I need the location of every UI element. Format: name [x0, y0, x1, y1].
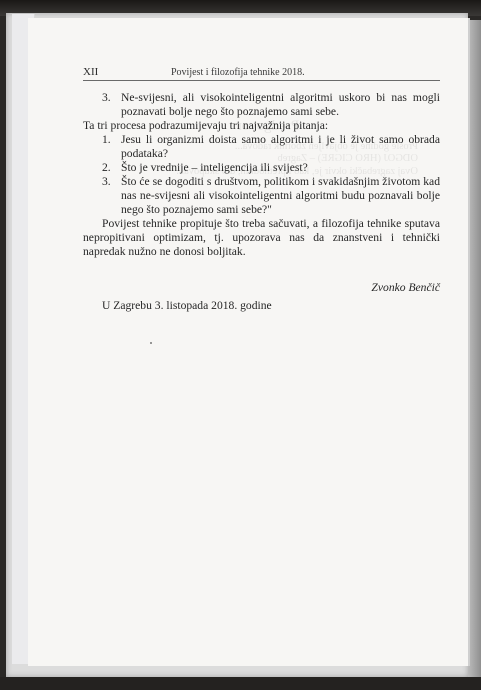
scanner-bottom-edge [0, 677, 481, 690]
list-item: 1. Jesu li organizmi doista samo algorit… [102, 133, 440, 161]
numbered-list-a: 3. Ne-svijesni, ali visokointeligentni a… [102, 91, 440, 119]
list-item: 3. Ne-svijesni, ali visokointeligentni a… [102, 91, 440, 119]
list-text: Što je vrednije – inteligencija ili svij… [121, 161, 308, 174]
page-number: XII [83, 66, 98, 78]
list-number: 3. [102, 91, 111, 105]
list-number: 3. [102, 175, 111, 189]
list-text: Ne-svijesni, ali visokointeligentni algo… [121, 91, 440, 118]
speck [150, 342, 152, 344]
list-number: 1. [102, 133, 111, 147]
list-text: Jesu li organizmi doista samo algoritmi … [121, 133, 440, 160]
list-text: Što će se dogoditi s društvom, politikom… [121, 175, 440, 216]
page-body: 3. Ne-svijesni, ali visokointeligentni a… [83, 91, 440, 313]
running-head: Povijest i filozofija tehnike 2018. [171, 67, 305, 78]
body-paragraph: Povijest tehnike propituje što treba sač… [83, 217, 440, 259]
page-header: XII Povijest i filozofija tehnike 2018. [83, 66, 440, 81]
place-date: U Zagrebu 3. listopada 2018. godine [102, 299, 440, 313]
list-item: 3. Što će se dogoditi s društvom, politi… [102, 175, 440, 217]
numbered-list-b: 1. Jesu li organizmi doista samo algorit… [102, 133, 440, 217]
intro-line: Ta tri procesa podrazumijevaju tri najva… [83, 119, 440, 133]
list-number: 2. [102, 161, 111, 175]
list-item: 2. Što je vrednije – inteligencija ili s… [102, 161, 440, 175]
author-signature: Zvonko Benčič [83, 281, 440, 295]
